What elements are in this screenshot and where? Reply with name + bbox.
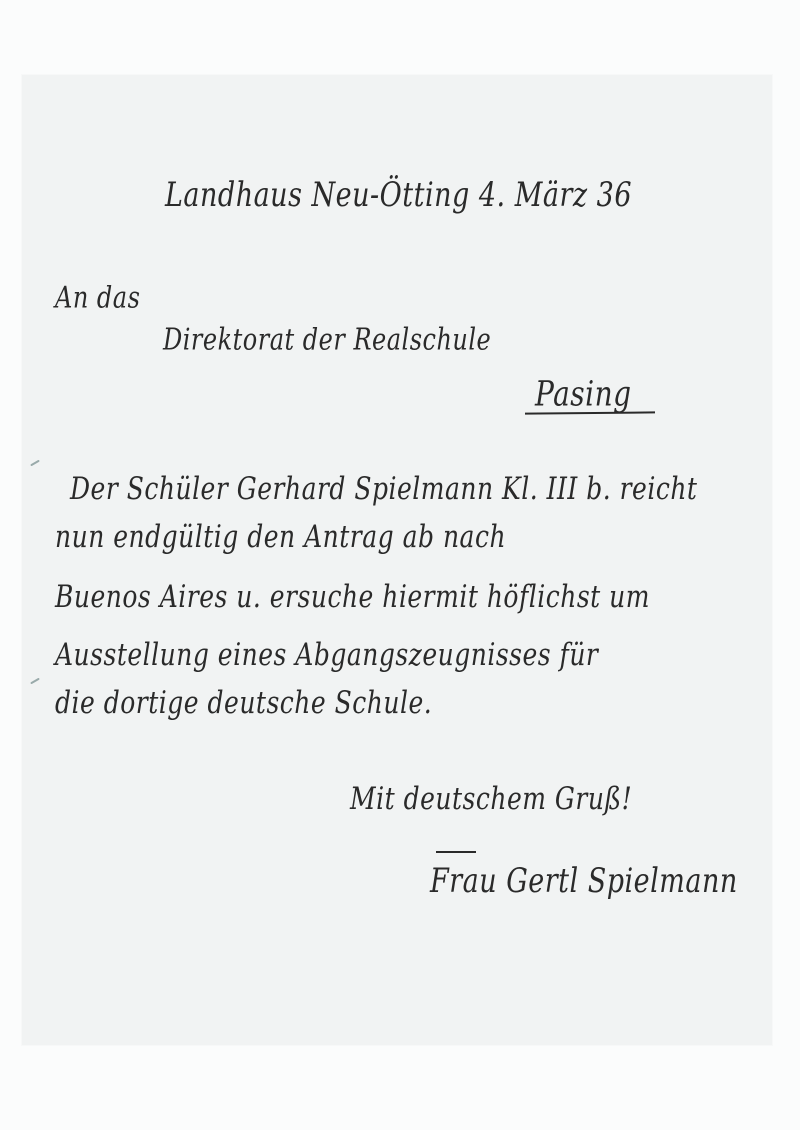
- letter-closing: Mit deutschem Gruß!: [350, 780, 632, 816]
- letter-dateline: Landhaus Neu-Ötting 4. März 36: [165, 176, 632, 215]
- letter-body-line-4: Ausstellung eines Abgangszeugnisses für: [55, 636, 598, 672]
- signature-dash: [436, 851, 476, 853]
- letter-recipient: Direktorat der Realschule: [163, 322, 491, 357]
- letter-signature: Frau Gertl Spielmann: [430, 862, 738, 901]
- letter-body-line-3: Buenos Aires u. ersuche hiermit höflichs…: [55, 578, 650, 614]
- letter-salutation: An das: [55, 280, 140, 315]
- letter-body-line-5: die dortige deutsche Schule.: [55, 684, 432, 720]
- letter-recipient-city: Pasing: [535, 373, 632, 414]
- letter-body-line-1: Der Schüler Gerhard Spielmann Kl. III b.…: [70, 470, 697, 506]
- letter-body-line-2: nun endgültig den Antrag ab nach: [55, 518, 506, 554]
